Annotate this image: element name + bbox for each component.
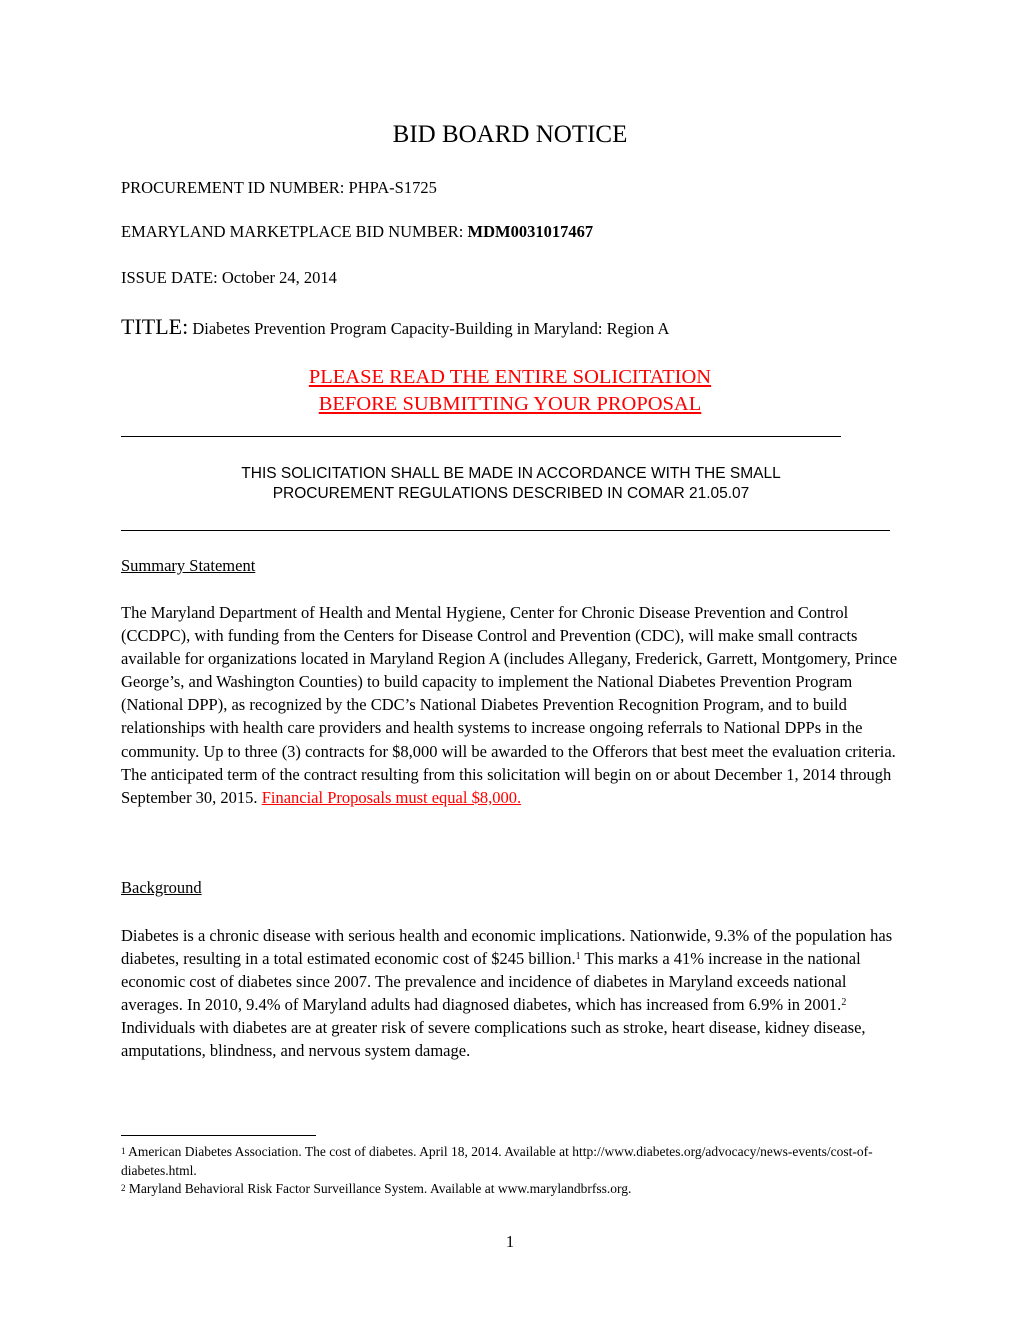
- comar-line-1: THIS SOLICITATION SHALL BE MADE IN ACCOR…: [121, 464, 901, 484]
- summary-heading: Summary Statement: [121, 556, 255, 576]
- footnote-2: 2 Maryland Behavioral Risk Factor Survei…: [121, 1180, 911, 1199]
- solicitation-title: TITLE: Diabetes Prevention Program Capac…: [121, 314, 669, 340]
- document-title: BID BOARD NOTICE: [0, 121, 1020, 149]
- divider: [121, 436, 841, 437]
- footnote-1-text: American Diabetes Association. The cost …: [121, 1144, 873, 1178]
- bid-number-label: EMARYLAND MARKETPLACE BID NUMBER:: [121, 222, 468, 241]
- divider: [121, 530, 890, 531]
- background-heading: Background: [121, 878, 202, 898]
- warning-line-1: PLEASE READ THE ENTIRE SOLICITATION: [309, 366, 711, 388]
- warning-line-2: BEFORE SUBMITTING YOUR PROPOSAL: [319, 393, 702, 415]
- footnote-2-number: 2: [121, 1183, 126, 1193]
- footnote-ref-1[interactable]: 1: [576, 951, 581, 962]
- footnote-ref-2[interactable]: 2: [841, 997, 846, 1008]
- financial-proposal-note: Financial Proposals must equal $8,000.: [262, 788, 521, 807]
- comar-line-2: PROCUREMENT REGULATIONS DESCRIBED IN COM…: [121, 484, 901, 504]
- footnote-separator: [121, 1135, 316, 1136]
- title-value: Diabetes Prevention Program Capacity-Bui…: [188, 319, 669, 338]
- procurement-id: PROCUREMENT ID NUMBER: PHPA-S1725: [121, 178, 437, 198]
- footnote-1: 1 American Diabetes Association. The cos…: [121, 1143, 911, 1180]
- comar-notice: THIS SOLICITATION SHALL BE MADE IN ACCOR…: [121, 464, 901, 504]
- bid-number: EMARYLAND MARKETPLACE BID NUMBER: MDM003…: [121, 222, 593, 242]
- footnotes: 1 American Diabetes Association. The cos…: [121, 1143, 911, 1199]
- background-text-3: Individuals with diabetes are at greater…: [121, 1018, 866, 1060]
- page-number: 1: [0, 1232, 1020, 1252]
- summary-paragraph: The Maryland Department of Health and Me…: [121, 601, 911, 809]
- footnote-1-number: 1: [121, 1146, 126, 1156]
- bid-number-value: MDM0031017467: [468, 222, 594, 241]
- read-solicitation-warning: PLEASE READ THE ENTIRE SOLICITATION BEFO…: [0, 364, 1020, 418]
- title-label: TITLE:: [121, 314, 188, 339]
- background-paragraph: Diabetes is a chronic disease with serio…: [121, 924, 911, 1063]
- issue-date: ISSUE DATE: October 24, 2014: [121, 268, 337, 288]
- footnote-2-text: Maryland Behavioral Risk Factor Surveill…: [126, 1181, 632, 1196]
- summary-body: The Maryland Department of Health and Me…: [121, 603, 897, 807]
